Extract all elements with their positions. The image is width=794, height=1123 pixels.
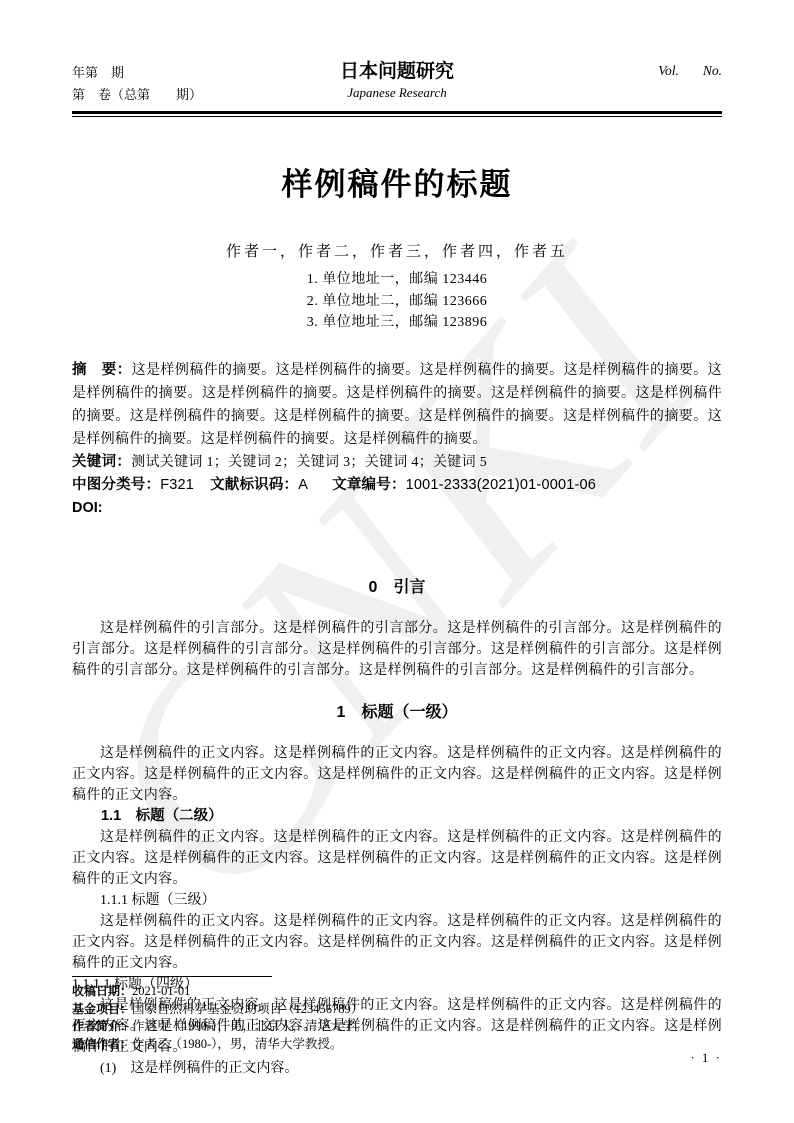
no-label: No. (703, 63, 722, 78)
body-paragraph-1: 这是样例稿件的正文内容。这是样例稿件的正文内容。这是样例稿件的正文内容。这是样例… (72, 743, 722, 806)
journal-title-en: Japanese Research (72, 82, 722, 104)
doi-line: DOI: (72, 497, 722, 520)
journal-title-zh: 日本问题研究 (72, 62, 722, 82)
section-heading-1: 1 标题（一级） (72, 699, 722, 722)
footnote-label: 作者简介： (72, 1019, 132, 1033)
footnote-author-bio: 作者简介：作者甲（1990-），男，北京人，清华大学。 (72, 1018, 722, 1036)
affiliation-1: 1. 单位地址一，邮编 123446 (72, 269, 722, 291)
abstract: 摘 要：这是样例稿件的摘要。这是样例稿件的摘要。这是样例稿件的摘要。这是样例稿件… (72, 359, 722, 451)
keywords: 关键词：测试关键词 1；关键词 2；关键词 3；关键词 4；关键词 5 (72, 451, 722, 474)
section-heading-intro: 0 引言 (72, 574, 722, 597)
keywords-text: 测试关键词 1；关键词 2；关键词 3；关键词 4；关键词 5 (131, 455, 487, 470)
footnote-label: 收稿日期： (72, 984, 132, 998)
author-list: 作者一，作者二，作者三，作者四，作者五 (72, 240, 722, 261)
body-paragraph-3: 这是样例稿件的正文内容。这是样例稿件的正文内容。这是样例稿件的正文内容。这是样例… (72, 911, 722, 974)
header-double-rule (72, 111, 722, 117)
clc-label: 中图分类号： (72, 477, 160, 493)
document-page: CNKI 年第 期 第 卷（总第 期） 日本问题研究 Japanese Rese… (0, 0, 794, 1123)
footnote-label: 通信作者： (72, 1037, 132, 1051)
footnote-text: 国家自然科学基金资助项目（123456789） (132, 1002, 363, 1016)
section-heading-1-1: 1.1 标题（二级） (72, 806, 722, 827)
body-paragraph-2: 这是样例稿件的正文内容。这是样例稿件的正文内容。这是样例稿件的正文内容。这是样例… (72, 827, 722, 890)
section-heading-1-1-1: 1.1.1 标题（三级） (72, 890, 722, 911)
classification-line: 中图分类号：F321文献标识码：A文章编号：1001-2333(2021)01-… (72, 474, 722, 497)
intro-paragraph: 这是样例稿件的引言部分。这是样例稿件的引言部分。这是样例稿件的引言部分。这是样例… (72, 618, 722, 681)
footnote-text: 作者甲（1990-），男，北京人，清华大学。 (132, 1019, 367, 1033)
footnote-received-date: 收稿日期：2021-01-01 (72, 983, 722, 1001)
footnote-separator (72, 976, 272, 977)
numbered-list-item: (1) 这是样例稿件的正文内容。 (72, 1058, 722, 1080)
page-content: 年第 期 第 卷（总第 期） 日本问题研究 Japanese Research … (0, 0, 794, 1123)
footnote-corresponding-author: 通信作者：作者乙（1980-），男，清华大学教授。 (72, 1036, 722, 1054)
affiliation-2: 2. 单位地址二，邮编 123666 (72, 291, 722, 313)
affiliation-3: 3. 单位地址三，邮编 123896 (72, 312, 722, 334)
footnote-label: 基金项目： (72, 1002, 132, 1016)
keywords-label: 关键词： (72, 454, 131, 470)
footnote-text: 作者乙（1980-），男，清华大学教授。 (132, 1037, 342, 1051)
vol-label: Vol. (658, 63, 679, 78)
journal-title-block: 日本问题研究 Japanese Research (72, 62, 722, 104)
article-title: 样例稿件的标题 (72, 159, 722, 204)
journal-header: 年第 期 第 卷（总第 期） 日本问题研究 Japanese Research … (72, 62, 722, 108)
clc-value: F321 (160, 477, 194, 493)
doi-label: DOI: (72, 500, 103, 516)
abstract-label: 摘 要： (72, 362, 132, 378)
doc-code-value: A (298, 477, 308, 493)
doc-code-label: 文献标识码： (210, 477, 298, 493)
footnote-text: 2021-01-01 (132, 984, 190, 998)
meta-block: 摘 要：这是样例稿件的摘要。这是样例稿件的摘要。这是样例稿件的摘要。这是样例稿件… (72, 359, 722, 520)
footnote-block: 收稿日期：2021-01-01 基金项目：国家自然科学基金资助项目（123456… (72, 976, 722, 1053)
page-number: · 1 · (690, 1050, 722, 1066)
article-id-label: 文章编号： (332, 477, 406, 493)
article-id-value: 1001-2333(2021)01-0001-06 (406, 477, 596, 493)
affiliation-list: 1. 单位地址一，邮编 123446 2. 单位地址二，邮编 123666 3.… (72, 269, 722, 334)
vol-no-block: Vol.No. (658, 63, 722, 79)
footnote-funding: 基金项目：国家自然科学基金资助项目（123456789） (72, 1001, 722, 1019)
abstract-text: 这是样例稿件的摘要。这是样例稿件的摘要。这是样例稿件的摘要。这是样例稿件的摘要。… (72, 363, 722, 447)
